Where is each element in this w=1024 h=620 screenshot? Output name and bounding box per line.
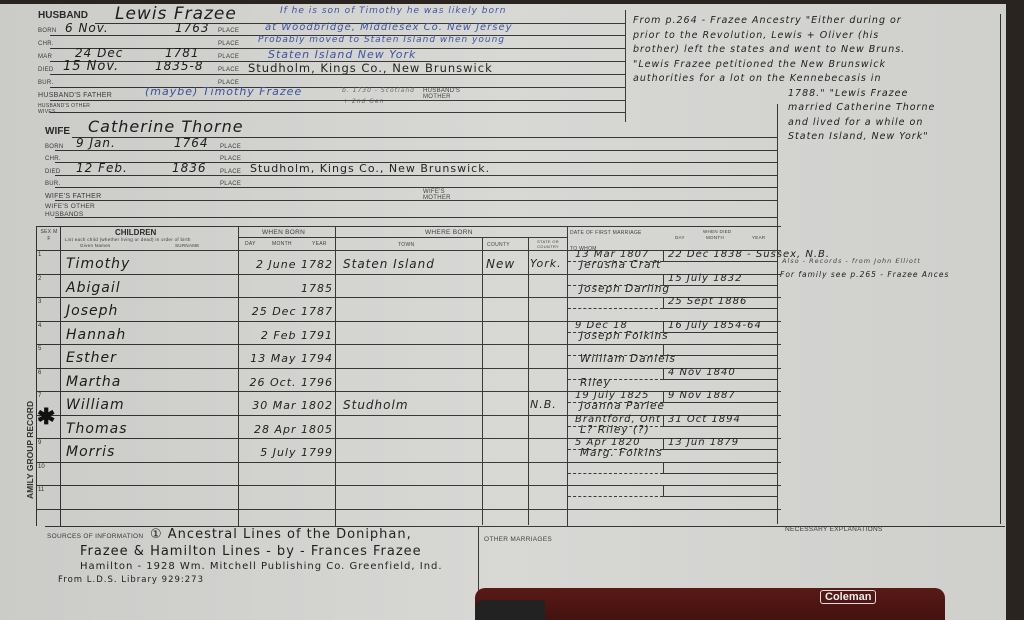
husband-chr-place: Probably moved to Staten Island when you… bbox=[258, 35, 505, 45]
child-name: Joseph bbox=[66, 303, 118, 319]
form-title-vertical: AMILY GROUP RECORD bbox=[25, 419, 35, 499]
coleman-case-foreground: Coleman bbox=[475, 588, 945, 620]
child-spouse: Marg. Folkins bbox=[580, 447, 663, 459]
child-name: Thomas bbox=[66, 421, 128, 437]
child-name: Timothy bbox=[66, 256, 130, 272]
family-group-record-sheet: HUSBAND Lewis Frazee If he is son of Tim… bbox=[0, 4, 1006, 620]
child-name: Abigail bbox=[66, 280, 121, 296]
wife-label: WIFE bbox=[45, 126, 70, 137]
child-spouse: Riley bbox=[580, 377, 611, 389]
child-name: William bbox=[66, 397, 125, 413]
child-died: 13 Jun 1879 bbox=[668, 437, 739, 448]
husband-born-date: 6 Nov. bbox=[65, 21, 109, 35]
child-born: 13 May 1794 bbox=[250, 352, 333, 365]
wife-born-date: 9 Jan. bbox=[76, 136, 116, 150]
wife-name: Catherine Thorne bbox=[88, 117, 244, 136]
child-born: 2 Feb 1791 bbox=[261, 329, 333, 342]
husband-father: (maybe) Timothy Frazee bbox=[145, 85, 302, 98]
child-spouse: Joanna Parlee bbox=[580, 400, 665, 412]
child-died: 9 Nov 1887 bbox=[668, 390, 736, 401]
child-spouse: Joseph Folkins bbox=[580, 330, 669, 342]
child-died: 25 Sept 1886 bbox=[668, 296, 747, 307]
child-name: Hannah bbox=[66, 327, 126, 343]
wife-died-year: 1836 bbox=[172, 161, 207, 175]
wife-died-place: Studholm, Kings Co., New Brunswick. bbox=[250, 162, 490, 175]
child-died: 31 Oct 1894 bbox=[668, 414, 741, 425]
child-died: 15 July 1832 bbox=[668, 273, 743, 284]
child-born: 2 June 1782 bbox=[256, 258, 333, 271]
child-name: Esther bbox=[66, 350, 117, 366]
husband-mar-year: 1781 bbox=[165, 46, 200, 60]
child-state: York. bbox=[530, 257, 562, 270]
husband-mar-date: 24 Dec bbox=[75, 46, 123, 60]
born-label: Born bbox=[38, 28, 57, 34]
child-state: N.B. bbox=[530, 398, 557, 411]
child-spouse: William Daniels bbox=[580, 353, 676, 365]
child-born: 30 Mar 1802 bbox=[252, 399, 333, 412]
husband-born-year: 1763 bbox=[175, 21, 210, 35]
child-name: Morris bbox=[66, 444, 115, 460]
sources-label: SOURCES OF INFORMATION bbox=[47, 533, 143, 540]
child-died: 16 July 1854-64 bbox=[668, 320, 762, 331]
husband-died-place: Studholm, Kings Co., New Brunswick bbox=[248, 61, 493, 75]
child-spouse: L? Riley (?) bbox=[580, 424, 650, 436]
pen-cap bbox=[475, 600, 545, 620]
coleman-logo: Coleman bbox=[820, 590, 876, 604]
necessary-explanations-label: NECESSARY EXPLANATIONS bbox=[785, 526, 883, 533]
child-born: 1785 bbox=[301, 282, 333, 295]
child-spouse: Joseph Darling bbox=[580, 283, 670, 295]
child-spouse: Jerusha Craft bbox=[580, 259, 661, 271]
child-name: Martha bbox=[66, 374, 121, 390]
wife-died-date: 12 Feb. bbox=[76, 161, 128, 175]
child-born: 28 Apr 1805 bbox=[254, 423, 333, 436]
husband-died-year: 1835-8 bbox=[155, 59, 204, 73]
child-born: 25 Dec 1787 bbox=[252, 305, 333, 318]
other-marriages-label: OTHER MARRIAGES bbox=[484, 536, 552, 543]
side-note: From p.264 - Frazee Ancestry "Either dur… bbox=[633, 14, 935, 145]
child-town: Studholm bbox=[343, 398, 409, 412]
husband-born-place: at Woodbridge, Middlesex Co. New Jersey bbox=[265, 22, 513, 33]
husband-born-note: If he is son of Timothy he was likely bo… bbox=[280, 6, 506, 16]
child-town: Staten Island bbox=[343, 257, 435, 271]
husband-mar-place: Staten Island New York bbox=[268, 48, 416, 61]
husband-died-date: 15 Nov. bbox=[63, 59, 119, 74]
wife-born-year: 1764 bbox=[174, 136, 209, 150]
child-born: 26 Oct. 1796 bbox=[250, 376, 334, 389]
child-born: 5 July 1799 bbox=[260, 446, 333, 459]
child-county: New bbox=[486, 257, 515, 271]
child-died: 4 Nov 1840 bbox=[668, 367, 736, 378]
husband-label: HUSBAND bbox=[38, 10, 88, 21]
star-mark-icon: ✱ bbox=[37, 404, 55, 430]
